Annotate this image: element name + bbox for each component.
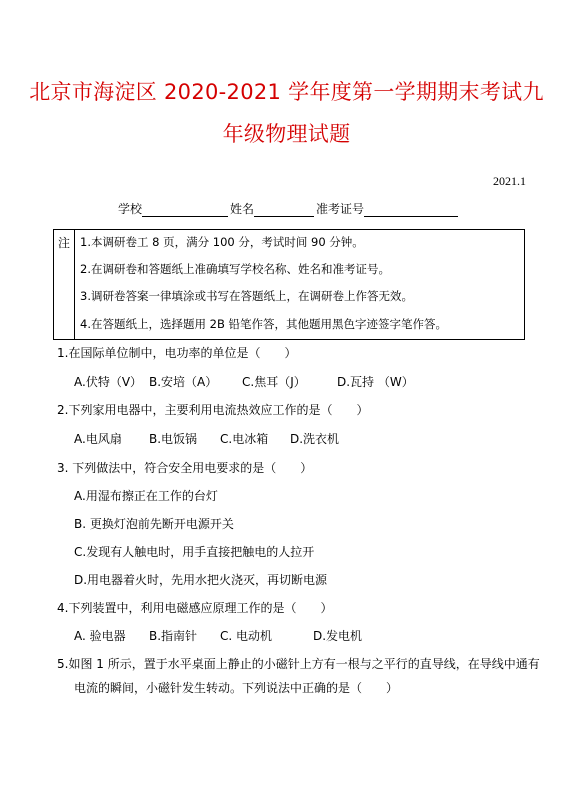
exam-id-blank-field[interactable] [364, 203, 458, 217]
student-info-row: 学校 姓名 准考证号 [118, 200, 460, 217]
question-3-option-b: B. 更换灯泡前先断开电源开关 [74, 515, 234, 532]
school-label: 学校 [118, 200, 142, 217]
question-2-stem: 2.下列家用电器中，主要利用电流热效应工作的是（ ） [57, 401, 368, 418]
question-1-stem: 1.在国际单位制中，电功率的单位是（ ） [57, 344, 296, 361]
notice-item: 3.调研卷答案一律填涂或书写在答题纸上，在调研卷上作答无效。 [80, 288, 413, 304]
exam-title-line-2: 年级物理试题 [0, 118, 573, 148]
question-1-option-c: C.焦耳（J） [242, 373, 306, 390]
exam-id-label: 准考证号 [316, 200, 364, 217]
question-4-option-b: B.指南针 [149, 627, 197, 644]
notice-item: 4.在答题纸上，选择题用 2B 铅笔作答，其他题用黑色字迹签字笔作答。 [80, 316, 447, 332]
exam-date: 2021.1 [493, 174, 526, 189]
question-3-option-c: C.发现有人触电时，用手直接把触电的人拉开 [74, 543, 314, 560]
question-4-option-d: D.发电机 [313, 627, 362, 644]
question-2-option-b: B.电饭锅 [149, 430, 197, 447]
question-2-option-c: C.电冰箱 [220, 430, 268, 447]
question-2-option-a: A.电风扇 [74, 430, 122, 447]
school-blank-field[interactable] [142, 203, 228, 217]
question-4-option-c: C. 电动机 [220, 627, 272, 644]
name-label: 姓名 [230, 200, 254, 217]
question-1-option-d: D.瓦持 （W） [337, 373, 414, 390]
question-5-stem-line-1: 5.如图 1 所示，置于水平桌面上静止的小磁针上方有一根与之平行的直导线，在导线… [57, 655, 540, 672]
question-3-stem: 3. 下列做法中，符合安全用电要求的是（ ） [57, 459, 312, 476]
question-4-stem: 4.下列装置中，利用电磁感应原理工作的是（ ） [57, 599, 332, 616]
name-blank-field[interactable] [254, 203, 314, 217]
notice-item: 2.在调研卷和答题纸上准确填写学校名称、姓名和准考证号。 [80, 261, 390, 277]
question-3-option-d: D.用电器着火时，先用水把火浇灭，再切断电源 [74, 571, 327, 588]
question-1-option-a: A.伏特（V） [74, 373, 142, 390]
notice-item: 1.本调研卷工 8 页，满分 100 分，考试时间 90 分钟。 [80, 234, 364, 250]
question-5-stem-line-2: 电流的瞬间，小磁针发生转动。下列说法中正确的是（ ） [74, 679, 398, 696]
exam-title-line-1: 北京市海淀区 2020-2021 学年度第一学期期末考试九 [0, 76, 573, 106]
question-4-option-a: A. 验电器 [74, 627, 126, 644]
question-3-option-a: A.用湿布擦正在工作的台灯 [74, 487, 218, 504]
question-1-option-b: B.安培（A） [149, 373, 217, 390]
notice-label: 注 [54, 230, 75, 339]
question-2-option-d: D.洗衣机 [290, 430, 339, 447]
notice-box: 注 1.本调研卷工 8 页，满分 100 分，考试时间 90 分钟。 2.在调研… [53, 229, 525, 340]
